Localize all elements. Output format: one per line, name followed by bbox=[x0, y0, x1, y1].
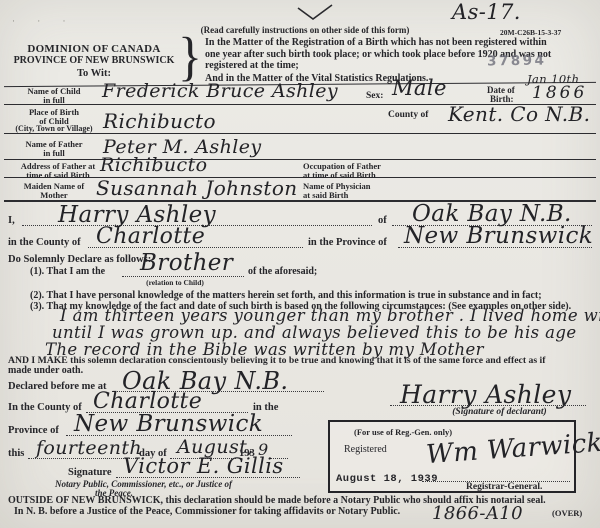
registrar-general-label: Registrar-General. bbox=[466, 482, 542, 492]
this-label: this bbox=[8, 448, 24, 459]
dob-year-value: 1866 bbox=[532, 83, 587, 103]
over-label: (OVER) bbox=[552, 508, 582, 518]
registered-label: Registered bbox=[344, 444, 387, 455]
declarant-signature-value: Harry Ashley bbox=[400, 380, 571, 409]
sex-label: Sex: bbox=[366, 91, 383, 101]
father-address-value: Richibucto bbox=[100, 154, 207, 176]
attest-county-label: In the County of bbox=[8, 402, 82, 413]
oath-line-2: made under oath. bbox=[8, 365, 83, 376]
child-name-value: Frederick Bruce Ashley bbox=[102, 80, 338, 102]
birthplace-label-3: (City, Town or Village) bbox=[8, 124, 100, 133]
dominion-line: DOMINION OF CANADA bbox=[8, 43, 180, 55]
relation-value: Brother bbox=[140, 250, 233, 276]
father-occupation-label-2: at time of said Birth bbox=[303, 170, 376, 180]
relation-note: (relation to Child) bbox=[115, 278, 235, 287]
item1-pre: (1). That I am the bbox=[30, 266, 105, 277]
birth-registration-form: · · · (Read carefully instructions on ot… bbox=[0, 0, 600, 528]
county-label: in the County of bbox=[8, 237, 81, 248]
province-heading: DOMINION OF CANADA PROVINCE OF NEW BRUNS… bbox=[8, 43, 180, 79]
sex-value: Male bbox=[392, 76, 447, 100]
notary-title-1: Notary Public, Commissioner, etc., or Ju… bbox=[55, 479, 232, 489]
of-label: of bbox=[378, 215, 387, 226]
county-of-label: County of bbox=[388, 110, 428, 120]
registered-date-stamp: August 18, 1939 bbox=[336, 473, 438, 485]
province-line: PROVINCE OF NEW BRUNSWICK bbox=[8, 55, 180, 66]
signature-label: Signature bbox=[68, 467, 112, 478]
check-mark-icon bbox=[296, 4, 334, 22]
mother-label-2: Mother bbox=[8, 190, 100, 200]
print-code: 20M-C26B-15-3-37 bbox=[500, 28, 561, 37]
attest-province-value: New Brunswick bbox=[74, 411, 263, 437]
mother-name-value: Susannah Johnston bbox=[96, 176, 298, 200]
notary-signature-value: Victor E. Gillis bbox=[123, 454, 284, 478]
birthplace-value: Richibucto bbox=[103, 109, 216, 133]
registrar-general-box: (For use of Reg.-Gen. only) Registered A… bbox=[328, 420, 576, 493]
i-label: I, bbox=[8, 215, 15, 226]
solemn-heading: Do Solemnly Declare as follows: bbox=[8, 254, 151, 265]
item1-post: of the aforesaid; bbox=[248, 266, 317, 277]
regbox-title: (For use of Reg.-Gen. only) bbox=[354, 427, 452, 437]
declared-before-label: Declared before me at bbox=[8, 381, 106, 392]
ref-code-handwritten: As-17. bbox=[452, 0, 521, 24]
rule-3 bbox=[4, 159, 596, 160]
province-value: New Brunswick bbox=[404, 223, 593, 249]
file-number-value: 1866-A10 bbox=[432, 503, 523, 524]
footer-line-2: In N. B. before a Justice of the Peace, … bbox=[14, 506, 400, 517]
declarant-signature-label: (Signature of declarant) bbox=[412, 407, 587, 417]
father-label-2: in full bbox=[8, 148, 100, 158]
rule-2 bbox=[4, 133, 596, 134]
father-address-label-2: time of said Birth bbox=[8, 170, 108, 180]
to-wit-line: To Wit: bbox=[8, 68, 180, 79]
county-value: Charlotte bbox=[96, 224, 205, 249]
brace-glyph: } bbox=[178, 29, 202, 83]
child-name-label-2: in full bbox=[8, 95, 100, 105]
physician-label-2: at said Birth bbox=[303, 190, 348, 200]
item2: (2). That I have personal knowledge of t… bbox=[30, 290, 542, 301]
county-of-value: Kent. Co N.B. bbox=[448, 102, 590, 126]
registration-number-stamp: 37894 bbox=[487, 52, 547, 69]
scan-specks: · · · bbox=[12, 16, 76, 26]
attest-province-label: Province of bbox=[8, 425, 59, 436]
province-label: in the Province of bbox=[308, 237, 387, 248]
oath-line-1: AND I MAKE this solemn declaration consc… bbox=[8, 355, 545, 366]
